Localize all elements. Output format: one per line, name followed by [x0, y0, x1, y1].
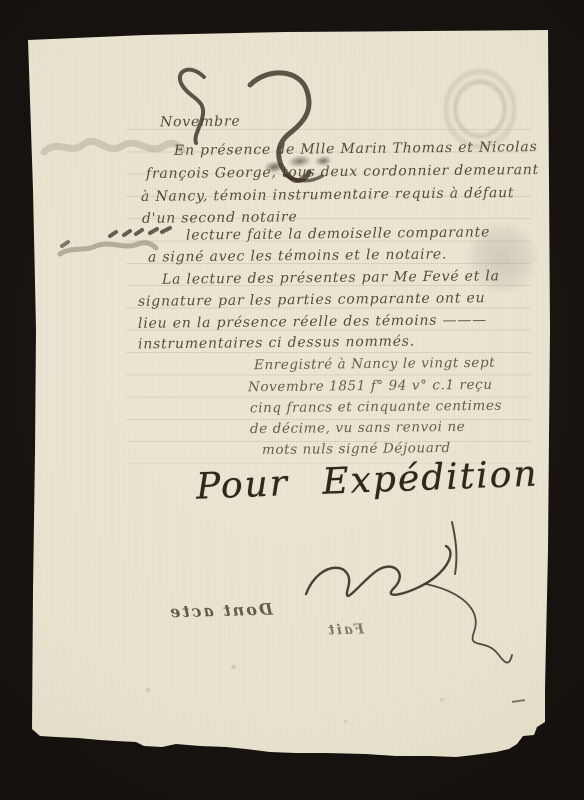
handwriting-line: Novembre — [160, 114, 241, 132]
handwriting-line: françois George, tous deux cordonnier de… — [146, 162, 539, 183]
fox-spot — [146, 688, 150, 692]
manuscript-page: Novembre En présence de Mlle Marin Thoma… — [26, 30, 552, 770]
registration-line: cinq francs et cinquante centimes — [250, 398, 502, 418]
registration-line: de décime, vu sans renvoi ne — [250, 419, 465, 438]
handwriting-line: signature par les parties comparante ont… — [138, 290, 486, 311]
handwriting-line: En présence de Mlle Marin Thomas et Nico… — [174, 139, 538, 160]
registration-line: Novembre 1851 f° 94 v° c.1 reçu — [248, 377, 493, 397]
handwriting-line: La lecture des présentes par Me Fevé et … — [162, 268, 500, 289]
handwriting-line: instrumentaires ci dessus nommés. — [138, 334, 415, 354]
bleedthrough-script-left — [40, 126, 185, 170]
handwriting-line: d'un second notaire — [142, 209, 298, 228]
signature-flourish-icon — [276, 522, 526, 672]
handwriting-line: à Nancy, témoin instrumentaire requis à … — [141, 185, 514, 206]
registration-line: Enregistré à Nancy le vingt sept — [254, 355, 495, 375]
handwriting-line: a signé avec les témoins et le notaire. — [148, 246, 447, 266]
small-pen-mark — [512, 699, 525, 703]
handwriting-line: lecture faite la demoiselle comparante — [186, 224, 490, 244]
bleedthrough-text: Dont acte — [168, 600, 273, 622]
handwriting-line: lieu en la présence réelle des témoins —… — [138, 312, 487, 333]
certification-text: Pour Expédition — [195, 453, 539, 507]
fox-spot — [231, 665, 236, 669]
fox-spot — [440, 698, 444, 701]
fox-spot — [344, 720, 347, 723]
bleedthrough-text: Fait — [326, 622, 364, 639]
registration-line: mots nuls signé Déjouard — [262, 440, 451, 459]
